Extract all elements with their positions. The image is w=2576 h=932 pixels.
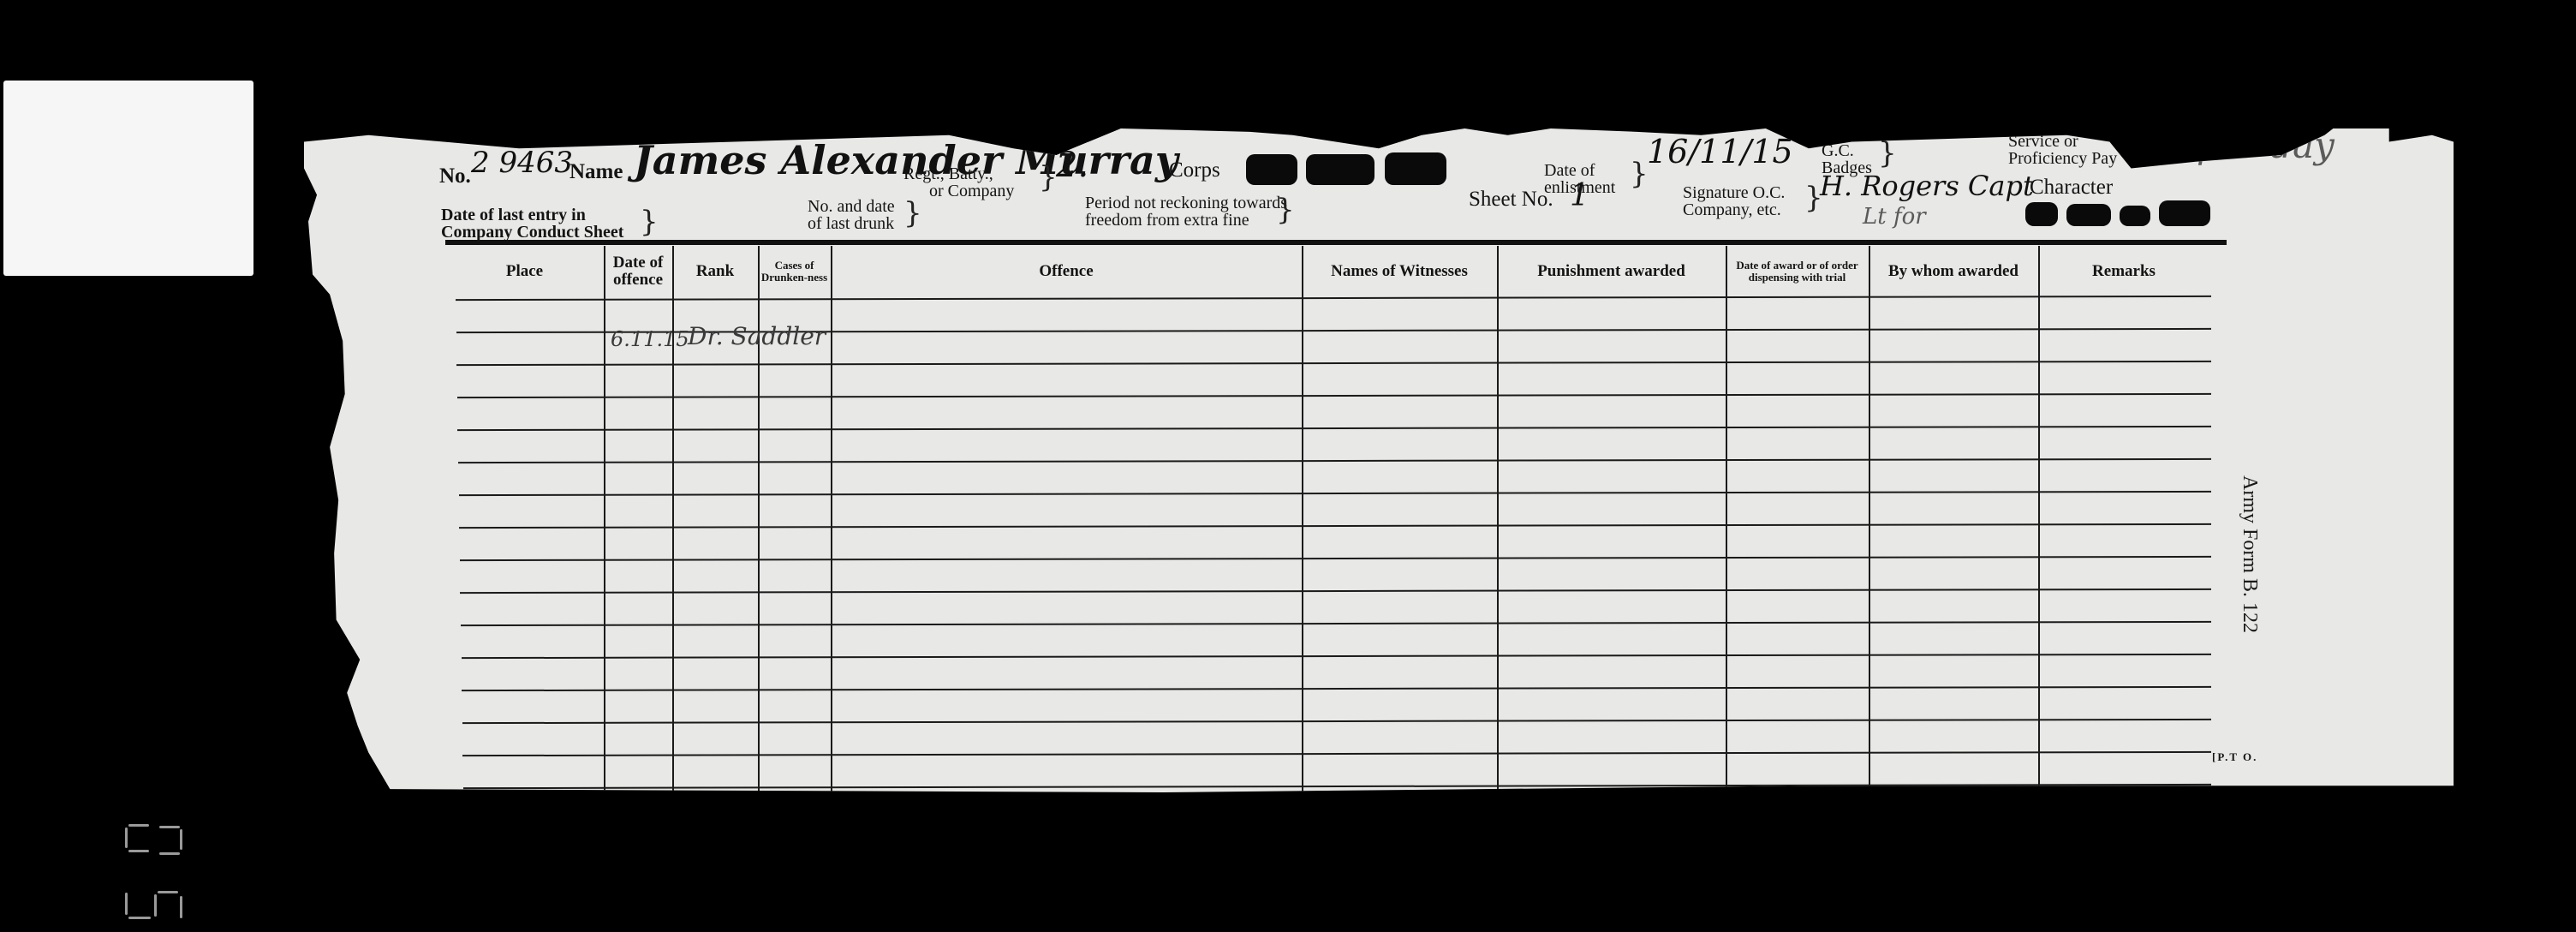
row-rule <box>460 588 2211 594</box>
row-rule <box>462 654 2211 659</box>
column-header-offence: Offence <box>831 246 1302 297</box>
service-pay-label-1: Service or <box>2008 132 2078 151</box>
frame-mark-top <box>125 824 183 862</box>
character-redaction <box>2066 204 2111 226</box>
character-label: Character <box>2030 178 2113 197</box>
pto-note: [P.T O. <box>2212 750 2257 764</box>
row-rule <box>456 361 2211 366</box>
character-redaction <box>2159 200 2210 226</box>
character-redaction <box>2025 202 2058 226</box>
gc-label-1: G.C. <box>1822 141 1854 160</box>
enlistment-label-1: Date of <box>1544 161 1595 180</box>
row-rule <box>457 426 2211 431</box>
row-rule <box>458 458 2211 463</box>
column-divider <box>1302 246 1303 794</box>
signature-sub: Lt for <box>1863 204 1926 230</box>
row-rule <box>459 491 2211 496</box>
brace: } <box>903 199 922 228</box>
brace: } <box>640 207 659 236</box>
row-rule <box>457 393 2211 398</box>
row-rule <box>459 523 2211 529</box>
column-header-remarks: Remarks <box>2038 246 2209 297</box>
name-label: Name <box>569 163 623 182</box>
row-rule <box>462 719 2211 724</box>
signature-label-1: Signature O.C. <box>1683 183 1785 202</box>
last-drunk-label-2: of last drunk <box>808 214 894 233</box>
unit-label-1: Regt., Batty., <box>903 164 993 183</box>
column-header-punishment: Punishment awarded <box>1497 246 1726 297</box>
column-header-rank: Rank <box>672 246 758 297</box>
unit-value: 2. <box>1056 146 1088 185</box>
corps-redaction <box>1306 154 1374 185</box>
column-header-by-whom: By whom awarded <box>1869 246 2038 297</box>
column-divider <box>831 246 832 794</box>
brace: } <box>1039 163 1058 192</box>
row-rule <box>460 556 2211 561</box>
brace: } <box>2126 137 2145 166</box>
column-header-cases-of-drunkenness: Cases of Drunken-ness <box>758 246 831 297</box>
column-divider <box>1497 246 1499 794</box>
frame-mark-bottom <box>125 891 183 929</box>
row-rule <box>463 784 2211 789</box>
conduct-sheet: No. 2 9463 Name James Alexander Murray R… <box>304 128 2454 792</box>
row-rule <box>462 686 2211 691</box>
row-rule <box>461 621 2211 626</box>
enlistment-value: 16/11/15 <box>1647 133 1793 170</box>
blank-card <box>3 81 253 276</box>
period-label-2: freedom from extra fine <box>1085 211 1249 230</box>
column-header-witnesses: Names of Witnesses <box>1302 246 1497 297</box>
no-label: No. <box>439 167 471 186</box>
character-redaction <box>2120 206 2150 226</box>
last-drunk-label-1: No. and date <box>808 197 895 216</box>
form-id: Army Form B. 122 <box>2238 475 2261 633</box>
corps-redaction <box>1246 154 1297 185</box>
last-entry-label-2: Company Conduct Sheet <box>441 223 623 242</box>
unit-label-2: or Company <box>929 182 1014 200</box>
column-header-place: Place <box>445 246 604 297</box>
brace: } <box>1630 159 1649 188</box>
brace: } <box>1276 195 1295 224</box>
sheet-label: Sheet No. <box>1469 190 1553 209</box>
sheet-value: 1 <box>1570 178 1589 213</box>
signature-label-2: Company, etc. <box>1683 200 1781 219</box>
service-pay-value: 1 per day <box>2162 124 2334 166</box>
corps-label: Corps <box>1169 161 1220 180</box>
entry-rank: Dr. Saddler <box>688 322 826 350</box>
period-label-1: Period not reckoning towards <box>1085 194 1287 212</box>
signature-value: H. Rogers Capt <box>1820 170 2034 202</box>
column-divider <box>1726 246 1727 794</box>
column-header-date-of-offence: Date of offence <box>604 246 672 297</box>
last-entry-label-1: Date of last entry in <box>441 206 586 224</box>
service-pay-label-2: Proficiency Pay <box>2008 149 2117 168</box>
header-divider <box>445 240 2227 245</box>
service-number: 2 9463 <box>471 146 573 180</box>
entry-date: 6.11.15 <box>611 327 689 351</box>
corps-redaction <box>1385 152 1446 185</box>
column-divider <box>604 246 605 794</box>
column-header-date-of-award: Date of award or of order dispensing wit… <box>1726 246 1869 297</box>
brace: } <box>1878 139 1897 168</box>
row-rule <box>462 751 2211 756</box>
